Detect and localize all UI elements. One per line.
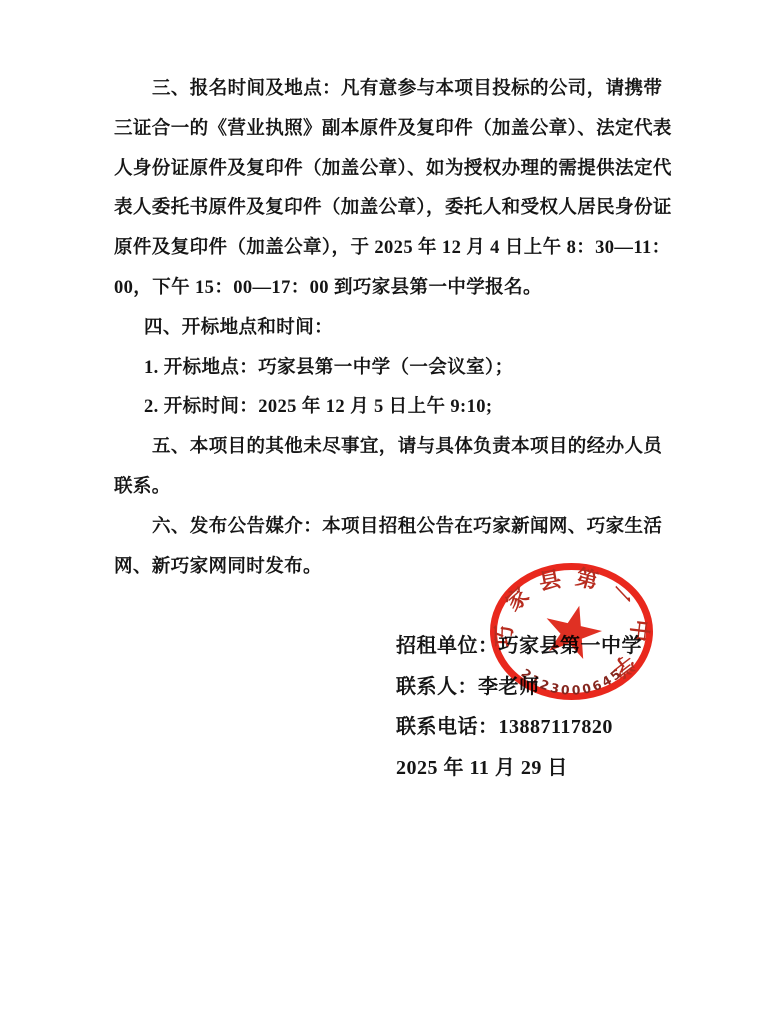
paragraph-line: 三、报名时间及地点：凡有意参与本项目投标的公司，请携带	[114, 70, 670, 110]
official-seal: 巧家县第一中学 21230006453	[480, 550, 670, 720]
paragraph-line: 五、本项目的其他未尽事宜，请与具体负责本项目的经办人员	[114, 428, 670, 468]
paragraph-line: 原件及复印件（加盖公章），于 2025 年 12 月 4 日上午 8：30—11…	[114, 229, 670, 269]
paragraph-line: 六、发布公告媒介：本项目招租公告在巧家新闻网、巧家生活	[114, 508, 670, 548]
list-item: 1. 开标地点：巧家县第一中学（一会议室）；	[114, 349, 670, 389]
paragraph-line: 联系。	[114, 468, 670, 508]
seal-star-icon	[547, 606, 602, 659]
date-line: 2025 年 11 月 29 日	[396, 748, 726, 789]
paragraph-line: 00，下午 15：00—17：00 到巧家县第一中学报名。	[114, 269, 670, 309]
body-text: 三、报名时间及地点：凡有意参与本项目投标的公司，请携带 三证合一的《营业执照》副…	[114, 70, 670, 587]
paragraph-line: 四、开标地点和时间：	[114, 309, 670, 349]
document-page: 三、报名时间及地点：凡有意参与本项目投标的公司，请携带 三证合一的《营业执照》副…	[0, 0, 770, 1030]
list-item: 2. 开标时间：2025 年 12 月 5 日上午 9:10;	[114, 388, 670, 428]
paragraph-line: 三证合一的《营业执照》副本原件及复印件（加盖公章）、法定代表	[114, 110, 670, 150]
paragraph-line: 人身份证原件及复印件（加盖公章）、如为授权办理的需提供法定代	[114, 150, 670, 190]
paragraph-line: 表人委托书原件及复印件（加盖公章），委托人和受权人居民身份证	[114, 189, 670, 229]
